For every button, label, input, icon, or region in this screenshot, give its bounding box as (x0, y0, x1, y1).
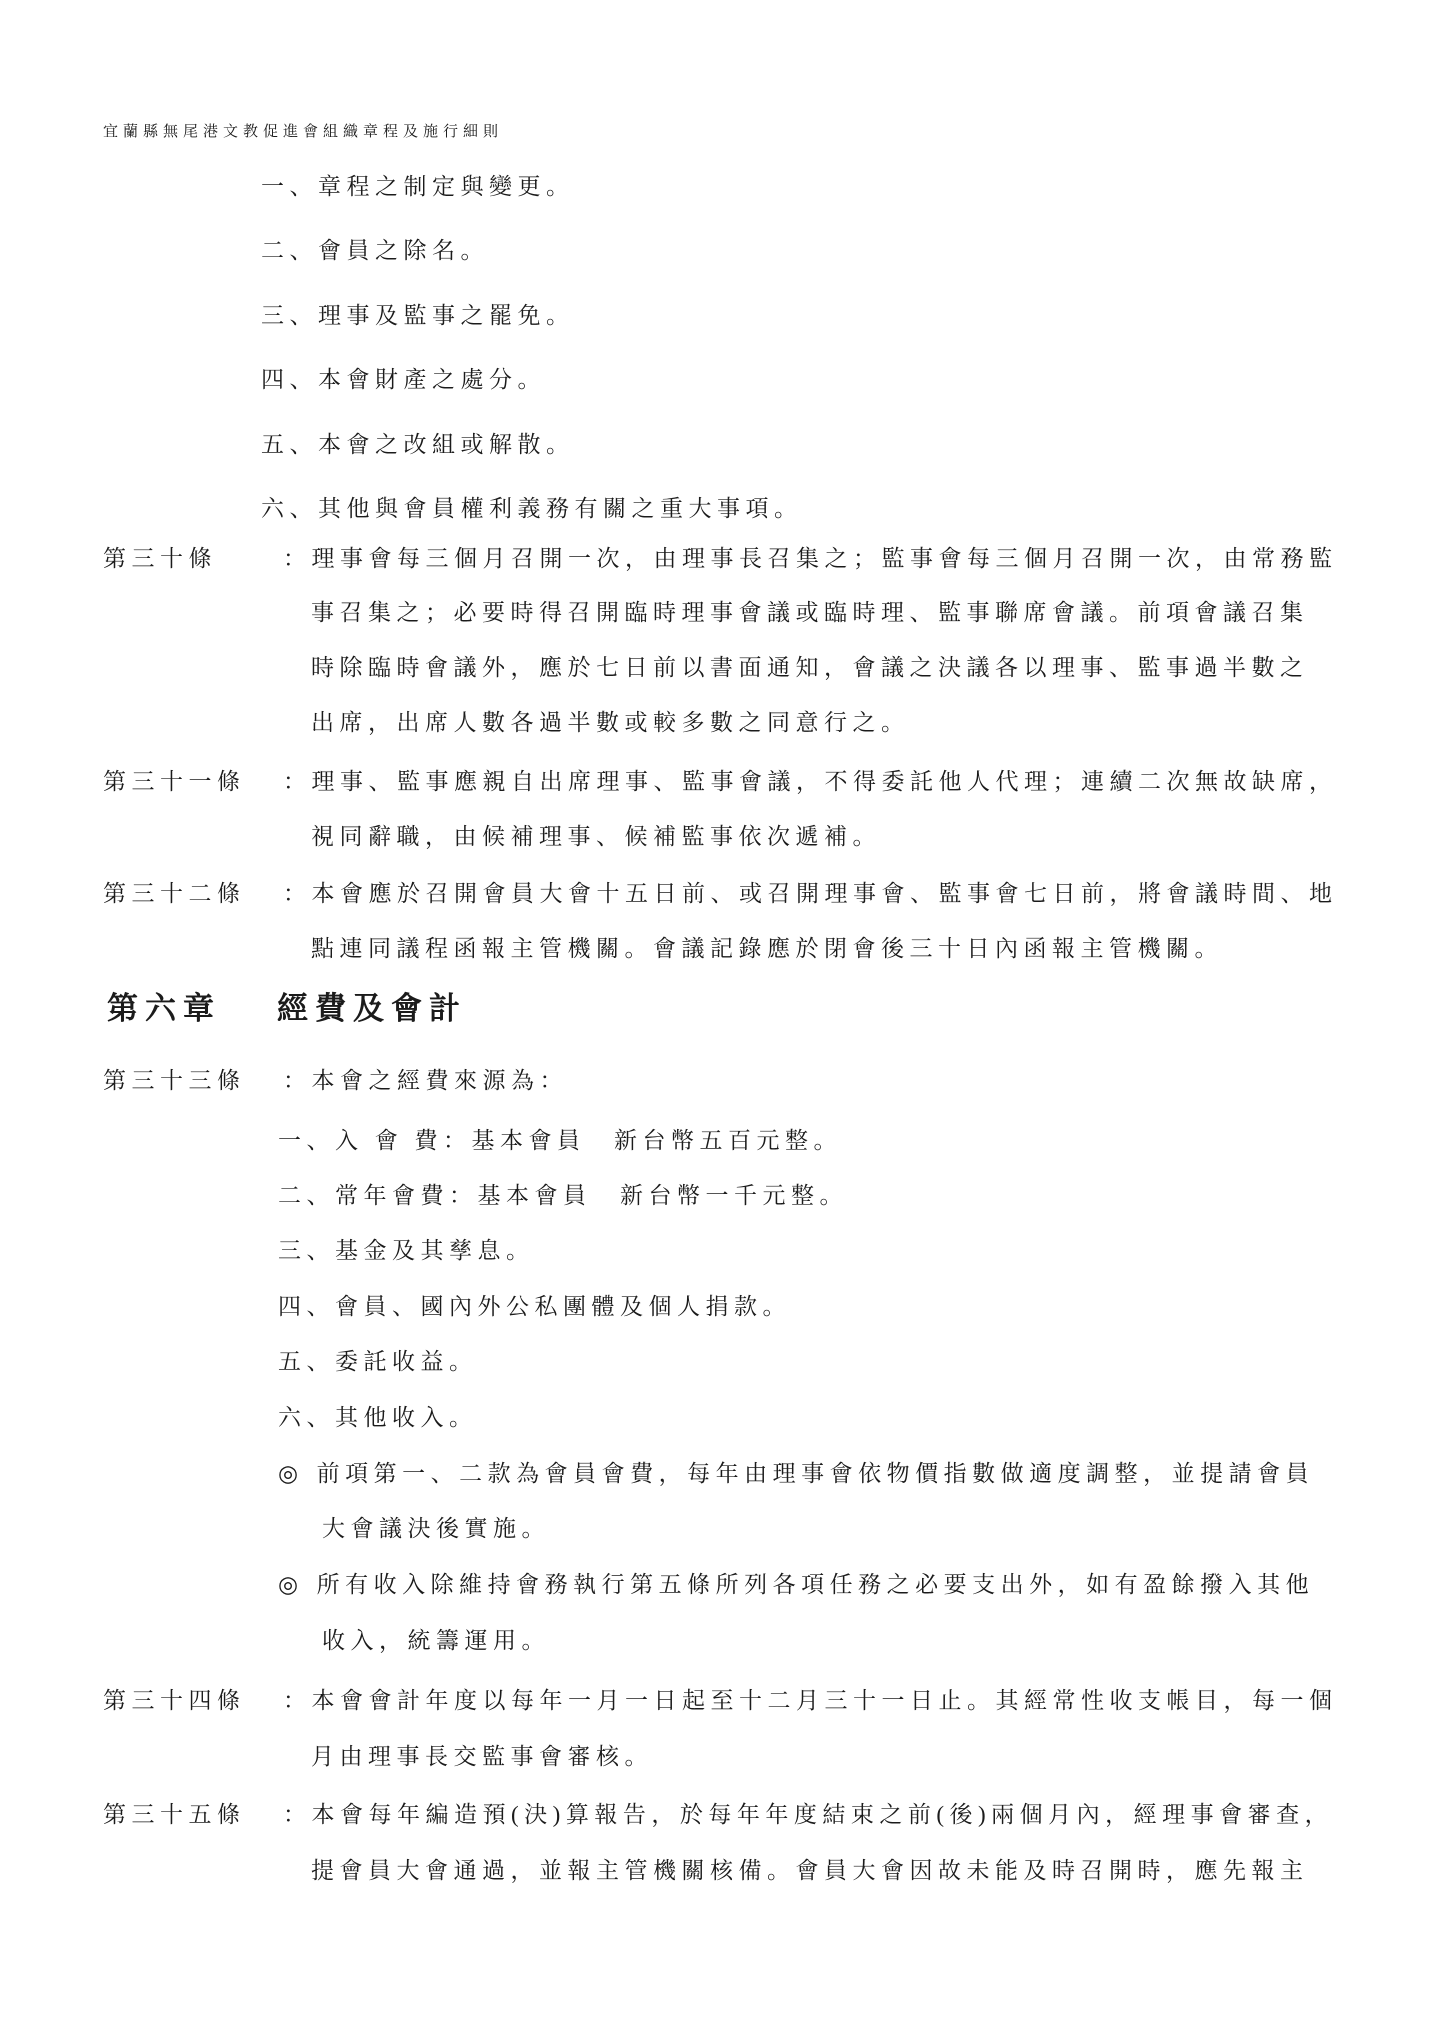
article-text-line: ：本會會計年度以每年一月一日起至十二月三十一日止。其經常性收支帳目，每一個 (283, 1686, 1338, 1716)
agenda-item: 六、其他與會員權利義務有關之重大事項。 (261, 494, 803, 524)
chapter-number: 第六章 (107, 990, 221, 1028)
note-bullet-icon: ◎ (278, 1461, 304, 1486)
agenda-item: 五、本會之改組或解散。 (261, 430, 575, 460)
article-number: 第三十二條 (103, 879, 246, 909)
article-text-line: ：本會應於召開會員大會十五日前、或召開理事會、監事會七日前，將會議時間、地 (283, 879, 1338, 909)
funding-item: 一、入 會 費：基本會員 新台幣五百元整。 (278, 1126, 842, 1156)
article-text-line: 時除臨時會議外，應於七日前以書面通知，會議之決議各以理事、監事過半數之 (311, 653, 1309, 683)
article-text-line: 月由理事長交監事會審核。 (311, 1742, 653, 1772)
funding-item: 六、其他收入。 (278, 1403, 478, 1433)
funding-item: 五、委託收益。 (278, 1347, 478, 1377)
chapter-title: 經費及會計 (277, 990, 467, 1028)
article-text-line: ：理事、監事應親自出席理事、監事會議，不得委託他人代理；連續二次無故缺席， (283, 767, 1338, 797)
article-text-line: ：理事會每三個月召開一次，由理事長召集之；監事會每三個月召開一次，由常務監 (283, 544, 1338, 574)
note-line: ◎所有收入除維持會務執行第五條所列各項任務之必要支出外，如有盈餘撥入其他 (278, 1570, 1314, 1600)
funding-item: 四、會員、國內外公私團體及個人捐款。 (278, 1292, 791, 1322)
article-text-line: ：本會每年編造預(決)算報告，於每年年度結束之前(後)兩個月內，經理事會審查， (283, 1800, 1333, 1830)
article-text-line: 點連同議程函報主管機關。會議記錄應於閉會後三十日內函報主管機關。 (311, 934, 1223, 964)
article-text-line: ：本會之經費來源為： (283, 1066, 568, 1096)
article-text-line: 視同辭職，由候補理事、候補監事依次遞補。 (311, 822, 881, 852)
note-text-line: 所有收入除維持會務執行第五條所列各項任務之必要支出外，如有盈餘撥入其他 (317, 1572, 1315, 1597)
note-text-line: 收入，統籌運用。 (322, 1626, 550, 1656)
article-number: 第三十五條 (103, 1800, 246, 1830)
agenda-item: 一、章程之制定與變更。 (261, 172, 575, 202)
note-text-line: 前項第一、二款為會員會費，每年由理事會依物價指數做適度調整，並提請會員 (317, 1461, 1315, 1486)
article-text-line: 提會員大會通過，並報主管機關核備。會員大會因故未能及時召開時，應先報主 (311, 1856, 1309, 1886)
agenda-item: 二、會員之除名。 (261, 236, 489, 266)
note-bullet-icon: ◎ (278, 1572, 304, 1597)
note-text-line: 大會議決後實施。 (322, 1514, 550, 1544)
doc-title: 宜蘭縣無尾港文教促進會組織章程及施行細則 (103, 122, 503, 142)
agenda-item: 三、理事及監事之罷免。 (261, 301, 575, 331)
article-text-line: 出席，出席人數各過半數或較多數之同意行之。 (311, 708, 910, 738)
note-line: ◎前項第一、二款為會員會費，每年由理事會依物價指數做適度調整，並提請會員 (278, 1459, 1314, 1489)
document-page: 宜蘭縣無尾港文教促進會組織章程及施行細則 一、章程之制定與變更。 二、會員之除名… (0, 0, 1440, 2036)
article-number: 第三十三條 (103, 1066, 246, 1096)
article-text-line: 事召集之；必要時得召開臨時理事會議或臨時理、監事聯席會議。前項會議召集 (311, 598, 1309, 628)
article-number: 第三十一條 (103, 767, 246, 797)
article-number: 第三十條 (103, 544, 217, 574)
agenda-item: 四、本會財產之處分。 (261, 365, 546, 395)
article-number: 第三十四條 (103, 1686, 246, 1716)
funding-item: 三、基金及其孳息。 (278, 1236, 535, 1266)
funding-item: 二、常年會費：基本會員 新台幣一千元整。 (278, 1181, 848, 1211)
